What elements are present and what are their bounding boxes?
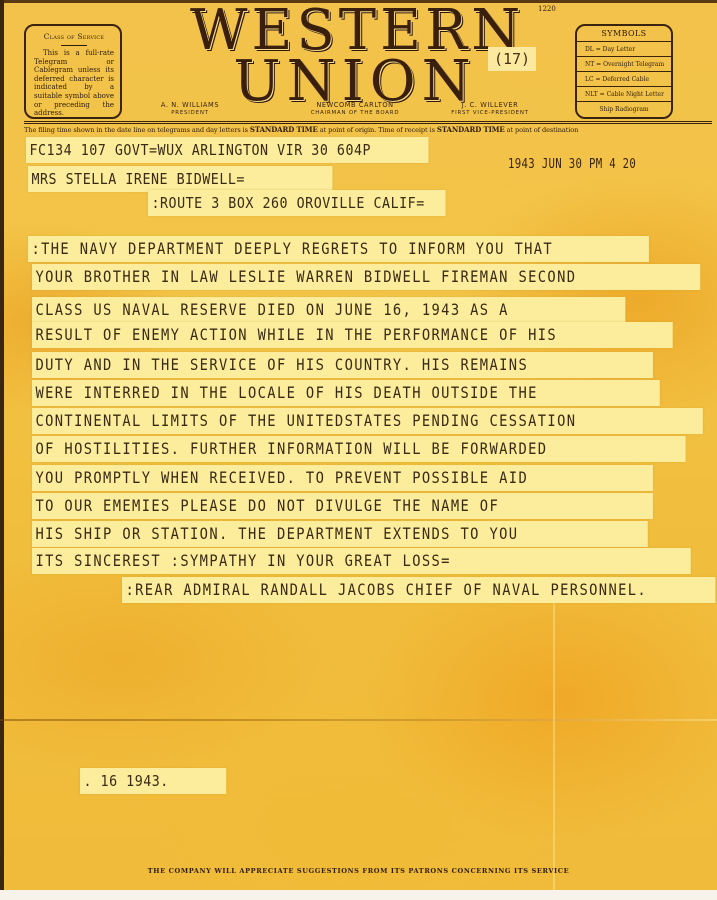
class-of-service-text: This is a full-rate Telegram or Cablegra… bbox=[34, 49, 114, 118]
dateline-tape: FC134 107 GOVT=WUX ARLINGTON VIR 30 604P bbox=[26, 137, 428, 163]
form-number: 1220 bbox=[538, 5, 556, 13]
fold-crease bbox=[0, 719, 717, 721]
address-tape: :ROUTE 3 BOX 260 OROVILLE CALIF= bbox=[148, 190, 446, 216]
message-tag: (17) bbox=[488, 47, 536, 71]
message-line: TO OUR EMEMIES PLEASE DO NOT DIVULGE THE… bbox=[32, 493, 653, 519]
signature-tape: :REAR ADMIRAL RANDALL JACOBS CHIEF OF NA… bbox=[122, 577, 715, 603]
message-line: WERE INTERRED IN THE LOCALE OF HIS DEATH… bbox=[32, 380, 660, 406]
addressee-tape: MRS STELLA IRENE BIDWELL= bbox=[28, 166, 332, 192]
officer-president: A. N. WILLIAMS PRESIDENT bbox=[140, 101, 240, 116]
fold-crease bbox=[553, 600, 555, 890]
message-line: DUTY AND IN THE SERVICE OF HIS COUNTRY. … bbox=[32, 352, 653, 378]
message-line: OF HOSTILITIES. FURTHER INFORMATION WILL… bbox=[32, 436, 686, 462]
message-line: CONTINENTAL LIMITS OF THE UNITEDSTATES P… bbox=[32, 408, 703, 434]
message-line: YOU PROMPTLY WHEN RECEIVED. TO PREVENT P… bbox=[32, 465, 653, 491]
divider bbox=[61, 45, 87, 46]
symbol-item: DL = Day Letter bbox=[577, 42, 671, 57]
officer-vice-president: J. C. WILLEVER FIRST VICE-PRESIDENT bbox=[435, 101, 545, 116]
symbols-title: SYMBOLS bbox=[577, 26, 671, 42]
symbols-box: SYMBOLS DL = Day Letter NT = Overnight T… bbox=[575, 24, 673, 119]
header-rule bbox=[24, 121, 712, 122]
message-line: HIS SHIP OR STATION. THE DEPARTMENT EXTE… bbox=[32, 521, 648, 547]
message-line: CLASS US NAVAL RESERVE DIED ON JUNE 16, … bbox=[32, 297, 625, 323]
officer-chairman: NEWCOMB CARLTON CHAIRMAN OF THE BOARD bbox=[285, 101, 425, 116]
scan-margin bbox=[0, 890, 717, 900]
paper-edge bbox=[0, 0, 4, 900]
received-timestamp: 1943 JUN 30 PM 4 20 bbox=[508, 157, 636, 172]
footer-notice: THE COMPANY WILL APPRECIATE SUGGESTIONS … bbox=[0, 867, 717, 875]
symbol-item: NT = Overnight Telegram bbox=[577, 57, 671, 72]
check-tape: . 16 1943. bbox=[80, 768, 226, 794]
message-line: YOUR BROTHER IN LAW LESLIE WARREN BIDWEL… bbox=[32, 264, 700, 290]
symbol-item: LC = Deferred Cable bbox=[577, 72, 671, 87]
class-of-service-box: Class of Service This is a full-rate Tel… bbox=[24, 24, 122, 119]
message-line: :THE NAVY DEPARTMENT DEEPLY REGRETS TO I… bbox=[28, 236, 649, 262]
message-line: ITS SINCEREST :SYMPATHY IN YOUR GREAT LO… bbox=[32, 548, 691, 574]
symbol-item: Ship Radiogram bbox=[577, 102, 671, 117]
class-of-service-title: Class of Service bbox=[34, 32, 114, 41]
telegram-sheet: Class of Service This is a full-rate Tel… bbox=[0, 0, 717, 900]
message-line: RESULT OF ENEMY ACTION WHILE IN THE PERF… bbox=[32, 322, 673, 348]
symbol-item: NLT = Cable Night Letter bbox=[577, 87, 671, 102]
western-union-logo: WESTERN UNION bbox=[190, 4, 520, 108]
header-rule bbox=[24, 123, 712, 124]
standard-time-notice: The filing time shown in the date line o… bbox=[24, 125, 714, 134]
